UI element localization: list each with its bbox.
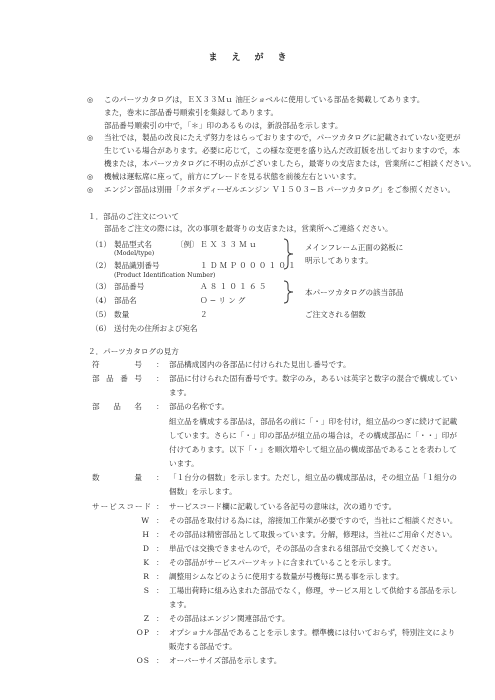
service-code-desc: その部品を取付ける為には，溶接加工作業が必要ですので，当社にご相談ください。: [169, 515, 457, 527]
page-title: まえがき: [0, 53, 495, 65]
service-code-desc: 調整用シムなどのように使用する数量が号機毎に異る事を示します。: [169, 571, 404, 583]
key-desc: しています。さらに「・」印の部品が組立品の場合は，その構成部品に「・・」印が: [169, 430, 457, 442]
order-item-value: ２: [200, 309, 210, 321]
brace-icon: [283, 238, 297, 270]
service-code: H: [102, 529, 150, 541]
intro-text: エンジン部品は別冊「クボタディーゼルエンジン Ｖ１５０３−Ｂ パーツカタログ」を…: [104, 184, 455, 196]
service-code: OS: [102, 655, 150, 667]
service-code: K: [102, 557, 150, 569]
service-code-desc: ます。: [169, 599, 191, 611]
colon: ：: [156, 627, 164, 639]
key-desc: 「１台分の個数」を示します。ただし，組立品の構成部品は，その組立品「１組分の: [169, 472, 457, 484]
service-code-desc: オプショナル部品であることを示します。標準機には付いておらず，特別注文により: [169, 627, 455, 639]
service-code-desc: その部品がサービスパーツキットに含まれていることを示します。: [169, 557, 396, 569]
order-item-number: （3）: [91, 281, 111, 293]
key-desc: サービスコード欄に記載している各記号の意味は，次の通りです。: [169, 501, 396, 513]
order-item-sublabel: (Product Identification Number): [114, 270, 215, 282]
order-item-number: （1）: [91, 239, 111, 251]
order-item-label: 部品名: [114, 295, 137, 307]
order-item-number: （6）: [91, 323, 111, 335]
service-code: OP: [102, 627, 150, 639]
service-code: D: [102, 543, 150, 555]
order-item-label: 送付先の住所および宛名: [114, 323, 198, 335]
service-code: Z: [102, 613, 150, 625]
order-item-number: （5）: [91, 309, 111, 321]
key-desc: 組立品を構成する部品は，部品名の前に「・」印を付け，組立品のつぎに続けて記載: [169, 416, 457, 428]
service-code: R: [102, 571, 150, 583]
colon: ：: [156, 472, 164, 484]
colon: ：: [156, 373, 164, 385]
section-heading: １．部品のご注文について: [88, 211, 179, 223]
service-code: S: [102, 585, 150, 597]
intro-text: 機械は運転席に座って，前方にブレードを見る状態を前後左右といいます。: [104, 171, 361, 183]
bullet-icon: ◎: [87, 172, 93, 184]
intro-text: 部品番号順索引の中で，「＊」印のあるものは，新設部品を示します。: [104, 120, 342, 132]
colon: ：: [156, 401, 164, 413]
bullet-icon: ◎: [87, 185, 93, 197]
order-item-example: 〔例〕: [176, 239, 199, 251]
service-code-desc: その部品はエンジン関連部品です。: [169, 613, 290, 625]
key-desc: 部品に付けられた固有番号です。数字のみ，あるいは英字と数字の混合で構成してい: [169, 373, 457, 385]
order-item-label: 部品番号: [114, 281, 144, 293]
service-code-desc: 販売する部品です。: [169, 641, 237, 653]
colon: ：: [156, 529, 164, 541]
colon: ：: [156, 613, 164, 625]
section-lead: 部品をご注文の際には，次の事項を最寄りの支店または，営業所へご連絡ください。: [104, 223, 393, 235]
intro-text: 生じている場合があります。必要に応じて，この様な変更を盛り込んだ改訂版を出してお…: [104, 145, 460, 157]
key-desc: 部品の名称です。: [169, 401, 229, 413]
intro-text: 当社では，製品の改良にたえず努力をはらっておりますので，パーツカタログに記載され…: [104, 132, 460, 144]
key-desc: います。: [169, 458, 199, 470]
intro-text: また，巻末に部品番号順索引を集録してあります。: [104, 107, 278, 119]
service-code-desc: 単品では交換できませんので，その部品の含まれる組部品で交換してください。: [169, 543, 442, 555]
order-item-label: 数量: [114, 309, 129, 321]
brace-icon: [283, 280, 297, 304]
key-label-service-code: サービスコード: [92, 501, 152, 513]
colon: ：: [156, 585, 164, 597]
bullet-icon: ◎: [87, 95, 93, 107]
note-quantity: ご注文される個数: [305, 309, 366, 321]
colon: ：: [156, 557, 164, 569]
colon: ：: [156, 543, 164, 555]
order-item-number: （4）: [91, 295, 111, 307]
order-item-sublabel: (Model/type): [114, 248, 154, 260]
note-mainframe: 明示してあります。: [305, 255, 373, 267]
key-label-part-number: 部 品 番 号: [92, 373, 142, 385]
intro-text: このパーツカタログは，ＥＸ３３Ｍｕ 油圧ショベルに使用している部品を掲載してあり…: [104, 94, 424, 106]
bullet-icon: ◎: [87, 133, 93, 145]
key-desc: 部品構成図内の各部品に付けられた見出し番号です。: [169, 359, 351, 371]
service-code-desc: その部品は精密部品として取扱っています。分解，修理は，当社にご用命ください。: [169, 529, 457, 541]
intro-text: 機または，本パーツカタログに不明の点がございましたら，最寄りの支店または，営業所…: [104, 158, 476, 170]
colon: ：: [156, 515, 164, 527]
service-code: W: [102, 515, 150, 527]
key-label-part-name: 部 品 名: [92, 401, 142, 413]
key-desc: ます。: [169, 387, 191, 399]
colon: ：: [156, 655, 164, 667]
order-item-value: ＥＸ３３Ｍｕ: [200, 239, 259, 251]
key-label-symbol: 符 号: [92, 359, 142, 371]
section-heading: ２．パーツカタログの見方: [88, 346, 179, 358]
note-catalog: 本パーツカタログの該当部品: [305, 287, 403, 299]
order-item-value: Ｏ−リング: [200, 295, 248, 307]
note-mainframe: メインフレーム正面の銘板に: [305, 242, 403, 254]
service-code-desc: オーバーサイズ部品を示します。: [169, 655, 281, 667]
key-label-quantity: 数 量: [92, 472, 142, 484]
order-item-number: （2）: [91, 260, 111, 272]
key-desc: 付けてあります。以下「・」を順次増やして組立品の構成部品であることを表わして: [169, 444, 457, 456]
order-item-value: Ａ８１０１６５: [200, 281, 269, 293]
colon: ：: [156, 359, 164, 371]
key-desc: 個数」を示します。: [169, 486, 237, 498]
colon: ：: [156, 571, 164, 583]
colon: ：: [156, 501, 164, 513]
service-code-desc: 工場出荷時に組み込まれた部品でなく，修理，サービス用として供給する部品を示し: [169, 585, 457, 597]
